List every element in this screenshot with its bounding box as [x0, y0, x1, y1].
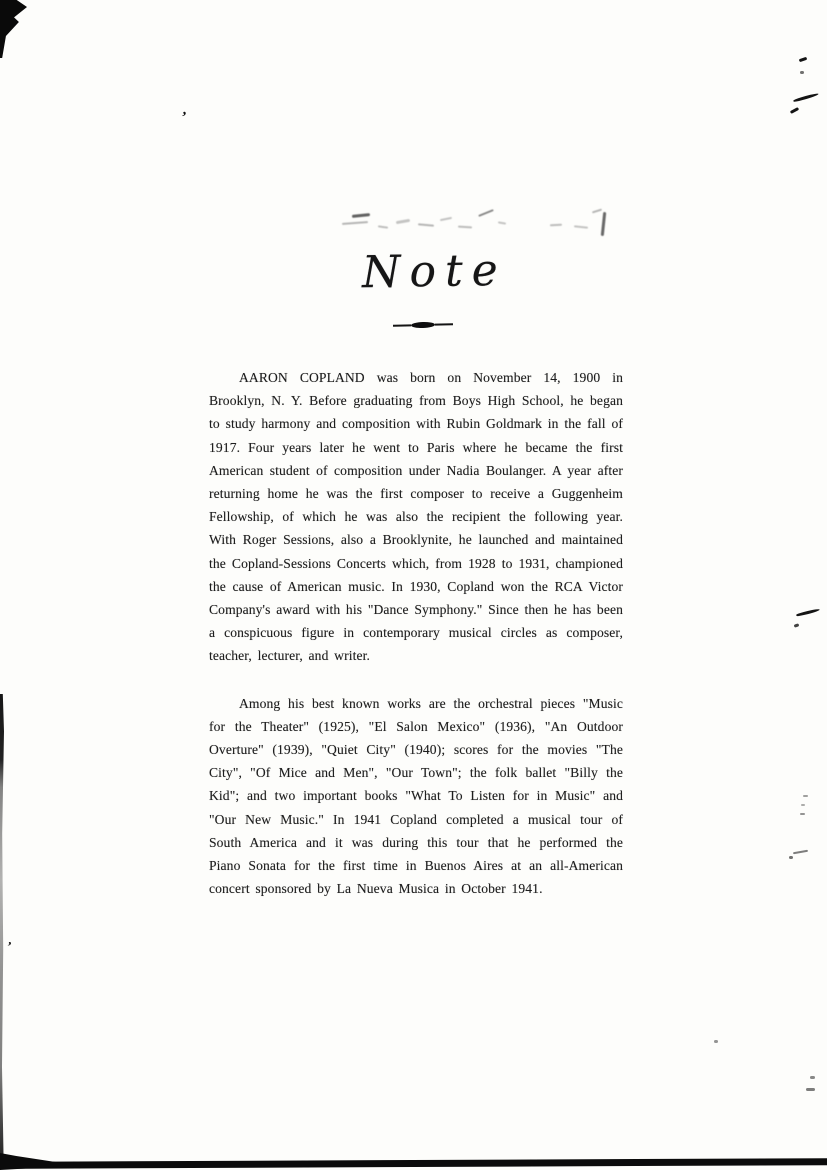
stray-mark — [806, 1088, 815, 1091]
scanned-book-page: Note AARON COPLAND was born on November … — [0, 0, 827, 1170]
swelled-rule-divider — [393, 319, 453, 331]
stray-mark — [803, 795, 808, 797]
stray-mark — [799, 57, 808, 62]
stray-mark-comma: , — [182, 102, 188, 119]
stray-mark — [714, 1040, 718, 1043]
body-text-block: AARON COPLAND was born on November 14, 1… — [209, 366, 623, 900]
stray-mark — [810, 1076, 815, 1079]
page-title: Note — [362, 245, 508, 299]
stray-mark — [801, 804, 805, 806]
stray-mark — [794, 623, 800, 628]
stray-mark — [793, 850, 808, 855]
stray-mark — [800, 71, 804, 74]
scan-left-edge-line — [0, 694, 4, 1160]
stray-mark — [789, 856, 793, 859]
stray-mark — [800, 813, 805, 815]
paragraph-works: Among his best known works are the orche… — [209, 692, 623, 901]
paragraph-biography: AARON COPLAND was born on November 14, 1… — [209, 366, 623, 668]
scan-bottom-left-blob — [0, 1153, 58, 1170]
divider-line-left — [393, 324, 411, 326]
scan-corner-blob-top-left — [0, 0, 27, 58]
scan-bottom-edge-band — [0, 1158, 827, 1169]
stray-mark — [793, 92, 819, 102]
stray-mark-apostrophe: , — [7, 932, 14, 948]
divider-center-lens — [411, 322, 435, 329]
stray-mark — [796, 608, 820, 617]
divider-line-right — [435, 323, 453, 325]
smudge-artifact — [338, 206, 628, 242]
stray-mark — [790, 107, 799, 114]
